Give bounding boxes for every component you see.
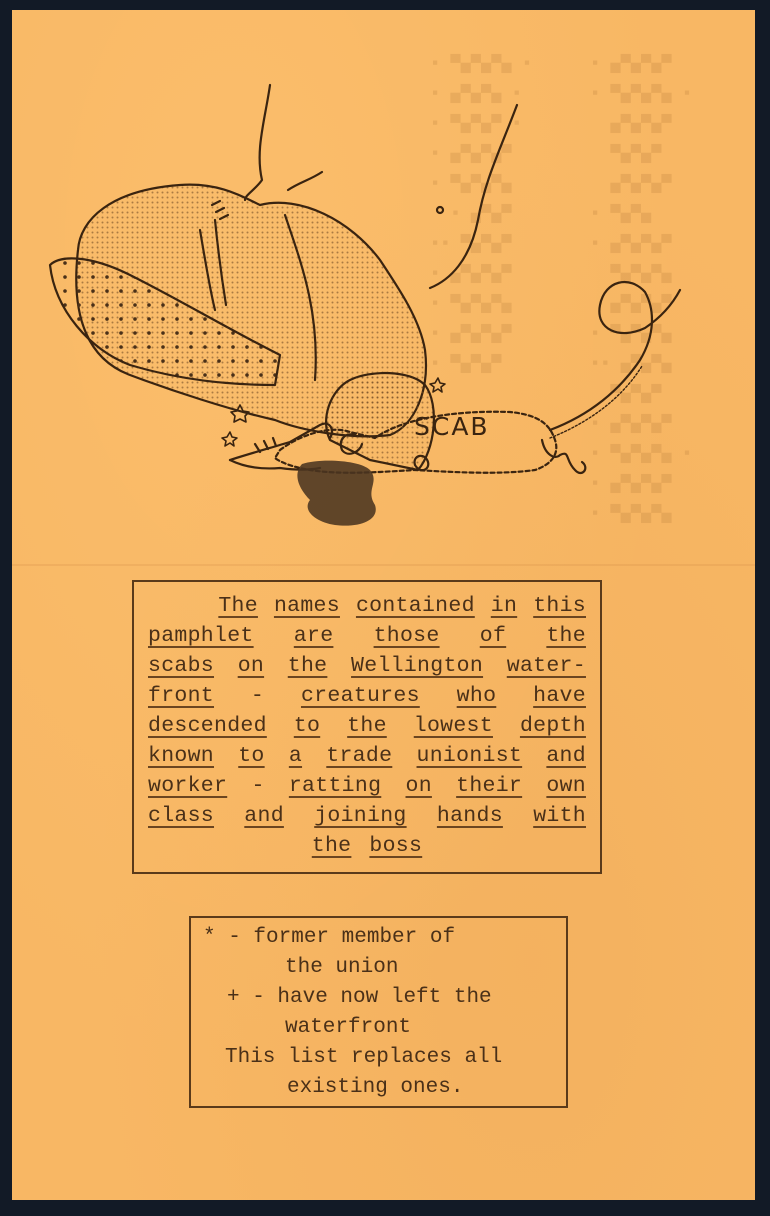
notice-word: the bbox=[347, 714, 387, 738]
notice-word: joining bbox=[314, 804, 406, 828]
notice-word: pamphlet bbox=[148, 624, 254, 648]
legend-item-left-waterfront-cont: waterfront bbox=[285, 1016, 411, 1039]
notice-line-3: scabs on the Wellington water- bbox=[148, 654, 586, 678]
notice-box: The names contained in this pamphlet are… bbox=[132, 580, 602, 874]
notice-word: ratting bbox=[289, 774, 381, 798]
notice-word: on bbox=[238, 654, 264, 678]
legend-box: * - former member of the union + - have … bbox=[189, 916, 568, 1108]
notice-word: descended bbox=[148, 714, 267, 738]
legend-footer-line-2: existing ones. bbox=[287, 1076, 463, 1099]
plus-symbol: + bbox=[227, 986, 240, 1009]
notice-word: boss bbox=[369, 834, 422, 858]
notice-word: - bbox=[251, 684, 264, 708]
notice-word: and bbox=[244, 804, 284, 828]
legend-item-left-waterfront: + - have now left the bbox=[227, 986, 492, 1009]
notice-word: lowest bbox=[414, 714, 493, 738]
asterisk-symbol: * bbox=[203, 926, 216, 949]
fold-crease bbox=[12, 564, 755, 566]
notice-word: Wellington bbox=[351, 654, 483, 678]
notice-word: to bbox=[294, 714, 320, 738]
notice-word: the bbox=[312, 834, 352, 858]
notice-word: scabs bbox=[148, 654, 214, 678]
legend-item-former-member: * - former member of bbox=[203, 926, 455, 949]
notice-word: depth bbox=[520, 714, 586, 738]
notice-line-9: the boss bbox=[148, 834, 586, 858]
notice-word: who bbox=[457, 684, 497, 708]
notice-word: this bbox=[533, 594, 586, 618]
notice-word: on bbox=[406, 774, 432, 798]
notice-line-4: front - creatures who have bbox=[148, 684, 586, 708]
notice-word: class bbox=[148, 804, 214, 828]
notice-word: unionist bbox=[417, 744, 523, 768]
rat-tail bbox=[550, 282, 680, 430]
notice-line-1: The names contained in this bbox=[148, 594, 586, 618]
notice-word: of bbox=[480, 624, 506, 648]
notice-word: in bbox=[491, 594, 517, 618]
notice-line-7: worker - ratting on their own bbox=[148, 774, 586, 798]
boot-stomping-rat-illustration bbox=[30, 60, 720, 540]
notice-word: with bbox=[533, 804, 586, 828]
legend-text: - have now left the bbox=[252, 986, 491, 1009]
notice-word: known bbox=[148, 744, 214, 768]
notice-word: their bbox=[456, 774, 522, 798]
notice-word: creatures bbox=[301, 684, 420, 708]
notice-word: and bbox=[546, 744, 586, 768]
notice-word: trade bbox=[326, 744, 392, 768]
notice-word: - bbox=[251, 774, 264, 798]
notice-word: contained bbox=[356, 594, 475, 618]
notice-word: hands bbox=[437, 804, 503, 828]
notice-word: own bbox=[546, 774, 586, 798]
legend-text: - former member of bbox=[228, 926, 455, 949]
notice-word: those bbox=[374, 624, 440, 648]
notice-word: water- bbox=[507, 654, 586, 678]
legend-footer-line-1: This list replaces all bbox=[225, 1046, 502, 1069]
notice-word: a bbox=[289, 744, 302, 768]
notice-line-6: known to a trade unionist and bbox=[148, 744, 586, 768]
notice-word: names bbox=[274, 594, 340, 618]
rat-scab-label: SCAB bbox=[414, 412, 490, 441]
notice-word: The bbox=[218, 594, 258, 618]
notice-word: are bbox=[294, 624, 334, 648]
notice-word: the bbox=[288, 654, 328, 678]
notice-line-5: descended to the lowest depth bbox=[148, 714, 586, 738]
notice-line-2: pamphlet are those of the bbox=[148, 624, 586, 648]
leg-outline bbox=[245, 85, 270, 200]
ink-smudge bbox=[297, 461, 375, 526]
legend-item-former-member-cont: the union bbox=[285, 956, 398, 979]
notice-word: worker bbox=[148, 774, 227, 798]
notice-word: the bbox=[546, 624, 586, 648]
notice-word: front bbox=[148, 684, 214, 708]
notice-word: to bbox=[238, 744, 264, 768]
notice-line-8: class and joining hands with bbox=[148, 804, 586, 828]
notice-word: have bbox=[533, 684, 586, 708]
